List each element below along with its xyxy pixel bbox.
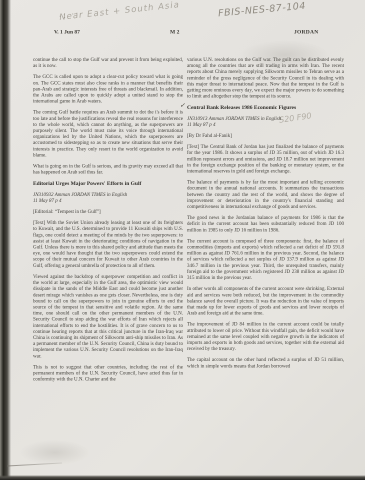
body-paragraph: The good news in the Jordanian balance o… — [187, 215, 344, 233]
pencil-dash-mark — [7, 463, 62, 467]
handwritten-note-topright: FBIS-NES-87-104 — [218, 0, 307, 19]
article-title-editorial: Editorial Urges Major Powers' Efforts in… — [33, 181, 183, 187]
body-paragraph: continue the call to stop the Gulf war a… — [33, 57, 183, 69]
scanned-document-page: { "annotations": { "stamp_marks": "·: ··… — [0, 0, 365, 480]
article-source-line2: 11 May 87 p 4 — [33, 198, 62, 204]
body-paragraph: The balance of payments is by far the mo… — [187, 180, 344, 211]
body-paragraph: This is not to suggest that other countr… — [33, 364, 183, 382]
body-paragraph: The current account is composed of three… — [187, 238, 344, 281]
article-source-line2: 11 May 87 p 4 — [187, 122, 216, 128]
body-paragraph: Viewed against the backdrop of superpowe… — [33, 274, 183, 359]
left-column: continue the call to stop the Gulf war a… — [33, 57, 183, 388]
body-paragraph: The coming Gulf battle requires an Arab … — [33, 110, 183, 159]
editorial-label-line: [Editorial: “Tempest in the Gulf”] — [33, 209, 183, 215]
article-title-central-bank: ✓ Central Bank Releases 1986 Economic Fi… — [187, 105, 344, 111]
body-paragraph: The capital account on the other hand re… — [187, 357, 344, 369]
article-title-text: Central Bank Releases 1986 Economic Figu… — [187, 105, 296, 111]
header-page-number: M 2 — [170, 29, 179, 35]
checkmark-annotation: ✓ — [180, 102, 187, 109]
body-paragraph: What is going on in the Gulf is serious,… — [33, 164, 183, 176]
body-paragraph: The improvement of JD 84 million in the … — [187, 322, 344, 353]
article-source: JN310932 Amman JORDAN TIMES in English 1… — [33, 192, 183, 204]
body-paragraph: [Text] The Central Bank of Jordan has ju… — [187, 144, 344, 175]
body-paragraph: various U.N. resolutions on the Gulf war… — [187, 57, 344, 100]
page-content: ·: ·· Near East + South Asia FBIS-NES-87… — [0, 0, 365, 480]
article-source-line1: JN310913 Amman JORDAN TIMES in English — [187, 116, 281, 122]
article-byline: [By Dr Fahd al-Fanik] — [187, 133, 344, 139]
article-source: JN310913 Amman JORDAN TIMES in English 1… — [187, 116, 344, 128]
right-column: various U.N. resolutions on the Gulf war… — [187, 57, 344, 374]
body-paragraph: [Text] With the Soviet Union already lea… — [33, 220, 183, 269]
handwritten-note-topleft: Near East + South Asia — [59, 0, 180, 22]
header-volume-date: V. 1 Jun 87 — [54, 29, 80, 35]
body-paragraph: The GCC is called upon to adopt a clear-… — [33, 74, 183, 105]
header-country-label: JORDAN — [294, 29, 318, 35]
article-source-line1: JN310932 Amman JORDAN TIMES in English — [33, 192, 127, 198]
body-paragraph: In other words all components of the cur… — [187, 286, 344, 317]
